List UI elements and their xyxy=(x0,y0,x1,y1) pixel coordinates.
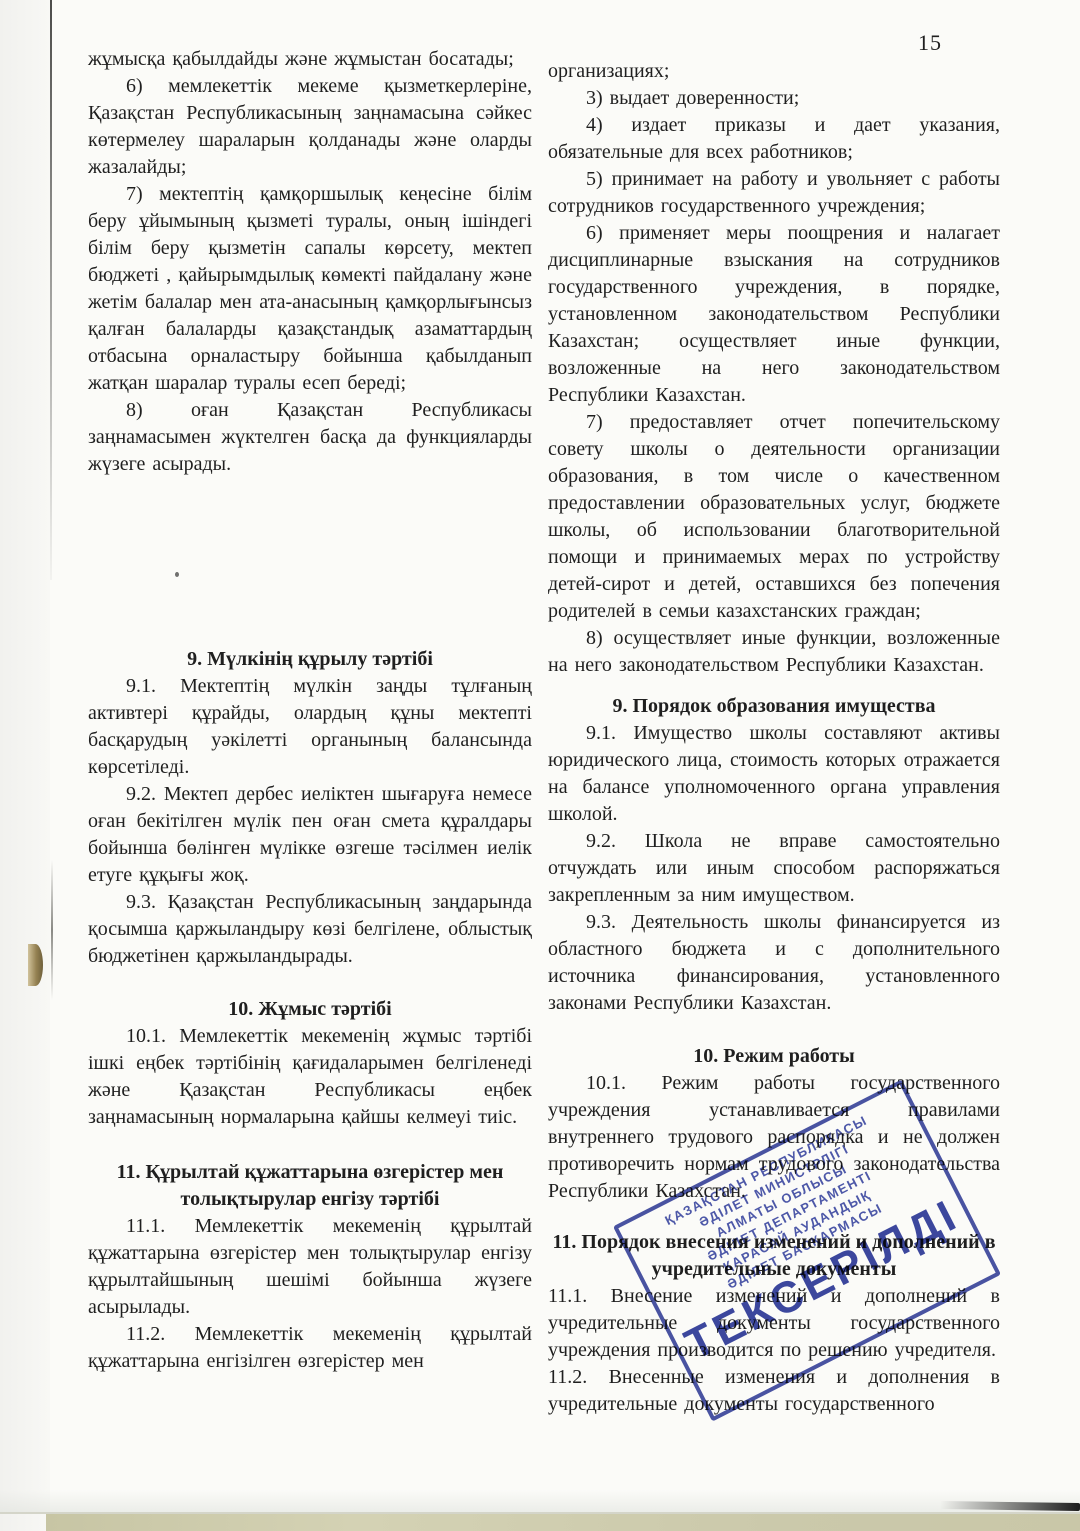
next-page-edge xyxy=(46,1514,1080,1531)
paragraph: 4) издает приказы и дает указания, обяза… xyxy=(548,112,1000,166)
scanned-document-page: 15 жұмысқа қабылдайды және жұмыстан боса… xyxy=(0,0,1080,1531)
paragraph: 9.1. Имущество школы составляют активы ю… xyxy=(548,720,1000,828)
paragraph: 8) оған Қазақстан Республикасы заңнамасы… xyxy=(88,397,532,478)
paragraph: 9.2. Школа не вправе самостоятельно отчу… xyxy=(548,828,1000,909)
paragraph: 7) мектептің қамқоршылық кеңесіне білім … xyxy=(88,181,532,397)
paragraph: 11.2. Мемлекеттік мекеменің құрылтай құж… xyxy=(88,1321,532,1375)
paragraph: 7) предоставляет отчет попечительскому с… xyxy=(548,409,1000,625)
paragraph: 6) мемлекеттік мекеме қызметкерлеріне, Қ… xyxy=(88,73,532,181)
paragraph: организациях; xyxy=(548,58,1000,85)
paragraph: жұмысқа қабылдайды және жұмыстан босатад… xyxy=(88,46,532,73)
paragraph: 9.3. Қазақстан Республикасының заңдарынд… xyxy=(88,889,532,970)
paragraph: 5) принимает на работу и увольняет с раб… xyxy=(548,166,1000,220)
scan-left-margin-shade xyxy=(0,0,50,1531)
scan-edge-line xyxy=(50,0,52,580)
section-heading: 10. Жұмыс тәртібі xyxy=(88,996,532,1023)
section-heading: 11. Құрылтай құжаттарына өзгерістер мен … xyxy=(88,1159,532,1213)
section-heading: 9. Порядок образования имущества xyxy=(548,693,1000,720)
paragraph: 11.1. Мемлекеттік мекеменің құрылтай құж… xyxy=(88,1213,532,1321)
paragraph: 3) выдает доверенности; xyxy=(548,85,1000,112)
paragraph: 6) применяет меры поощрения и налагает д… xyxy=(548,220,1000,409)
section-heading: 10. Режим работы xyxy=(548,1043,1000,1070)
section-heading: 9. Мүлкінің құрылу тәртібі xyxy=(88,646,532,673)
paragraph: 10.1. Мемлекеттік мекеменің жұмыс тәртіб… xyxy=(88,1023,532,1131)
scan-edge-line xyxy=(51,860,53,1000)
scan-bottom-shadow xyxy=(0,1490,1080,1512)
page-number: 15 xyxy=(918,30,942,56)
paragraph: 9.1. Мектептің мүлкін заңды тұлғаның акт… xyxy=(88,673,532,781)
paragraph: 8) осуществляет иные функции, возложенны… xyxy=(548,625,1000,679)
column-kazakh: жұмысқа қабылдайды және жұмыстан босатад… xyxy=(88,46,532,1375)
punch-hole-mark xyxy=(28,944,43,986)
paragraph: 9.2. Мектеп дербес иеліктен шығаруға нем… xyxy=(88,781,532,889)
paragraph: 9.3. Деятельность школы финансируется из… xyxy=(548,909,1000,1017)
